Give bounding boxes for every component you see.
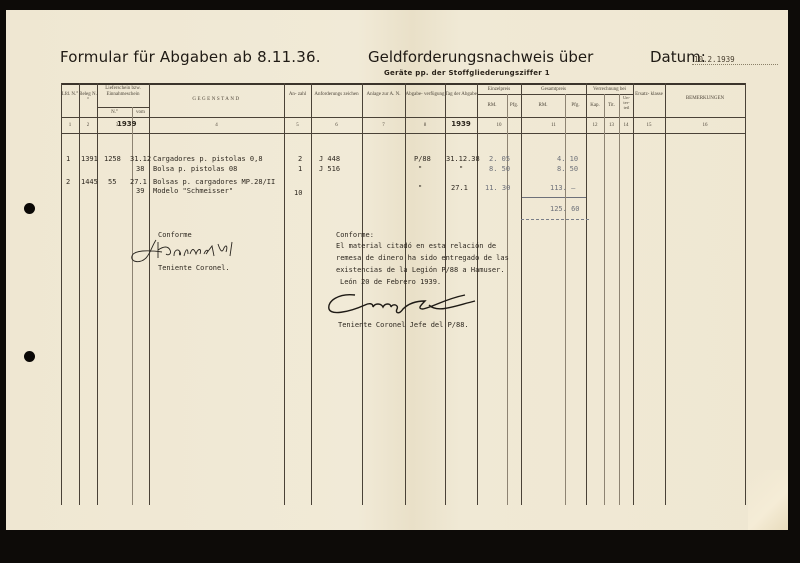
document-subtitle: Geräte pp. der Stoffgliederungsziffer 1 (384, 69, 550, 77)
total-amount: 125. 60 (550, 205, 580, 213)
colnum: 12 (586, 123, 604, 128)
header-lieferschein-vom: vom (132, 110, 149, 116)
header-kap: Kap. (586, 103, 604, 109)
header-anforderungszeichen: Anforderungs zeichen (311, 92, 362, 98)
col-line (284, 83, 285, 505)
row3-vom-year: 39 (136, 187, 144, 195)
header-bemerkungen: BEMERKUNGEN (665, 96, 745, 102)
row1-vom: 31.12 (130, 155, 151, 163)
col-line (604, 94, 605, 505)
colnum: 16 (665, 123, 745, 128)
right-place-date: León 20 de Febrero 1939. (340, 278, 441, 286)
col-line (149, 83, 150, 505)
row3-vom: 27.1 (130, 178, 147, 186)
col-line (521, 83, 522, 505)
row1-beleg: 1391 (81, 155, 98, 163)
column-number-line (61, 133, 746, 134)
colnum: 13 (604, 123, 619, 128)
row3-tag: 27.1 (451, 184, 468, 192)
colnum: 11 (521, 123, 586, 128)
colnum: 8 (405, 123, 445, 128)
row1-lfd: 1 (66, 155, 70, 163)
row1-anforderung: J 448 (319, 155, 340, 163)
row3-lieferschein-nr: 55 (108, 178, 116, 186)
header-lieferschein-nr: N.° (97, 110, 132, 116)
header-tag-der-abgabe: Tag der Abgabe (445, 92, 477, 98)
header-anzahl: An- zahl (284, 92, 311, 98)
colnum: 15 (633, 123, 665, 128)
row3-gesamtpreis: 113. — (550, 184, 575, 192)
header-einzelpreis: Einzelpreis (477, 87, 521, 93)
col-line (665, 83, 666, 505)
header-gegenstand: GEGENSTAND (149, 97, 284, 103)
row1-anzahl: 2 (298, 155, 302, 163)
row3-beleg: 1445 (81, 178, 98, 186)
row3-einzelpreis: 11. 30 (485, 184, 510, 192)
row1-tag: 31.12.38 (446, 155, 480, 163)
colnum: 1 (61, 123, 79, 128)
header-unterteil: Un- ter- teil (620, 96, 633, 111)
total-underline (521, 219, 589, 220)
col-line (633, 83, 634, 505)
header-lfd: Lfd. N.° (61, 92, 79, 98)
col-line (79, 83, 80, 505)
lieferschein-subheader-line-2 (97, 107, 132, 108)
colnum: 5 (284, 123, 311, 128)
paper-stain (748, 470, 788, 530)
row1-abgabe: P/88 (414, 155, 431, 163)
lieferschein-subheader-line (132, 107, 149, 108)
right-statement-line1: El material citadó en esta relación de (336, 242, 496, 250)
header-gesamtpreis: Gesamtpreis (521, 87, 586, 93)
colnum: 4 (149, 123, 284, 128)
col-line (97, 83, 98, 505)
colnum: 14 (619, 123, 633, 128)
right-statement-line3: existencias de la Legión P/88 a Hamuser. (336, 266, 505, 274)
punch-hole-top (24, 203, 35, 214)
header-einzel-pfg: Pfg. (507, 103, 521, 109)
col-line (745, 83, 746, 505)
header-gesamt-rm: RM. (521, 103, 565, 109)
colnum: 2 (79, 123, 97, 128)
row2-gegenstand: Bolsa p. pistolas 08 (153, 165, 237, 173)
col-line (132, 107, 133, 505)
row2-anzahl: 1 (298, 165, 302, 173)
right-rank: Teniente Coronel Jefe del P/88. (338, 321, 469, 329)
signature-left-icon (128, 236, 243, 266)
col-line (619, 94, 620, 505)
document-title: Geldforderungsnachweis über (368, 48, 593, 66)
date-value: 10.2.1939 (692, 55, 778, 65)
header-anlage: Anlage zur A. N. (362, 92, 405, 98)
colnum: 6 (311, 123, 362, 128)
row3-anzahl: 10 (294, 189, 302, 197)
signature-right-icon (325, 291, 485, 319)
row1-lieferschein-nr: 1258 (104, 155, 121, 163)
colnum: 10 (477, 123, 521, 128)
col-line (586, 83, 587, 505)
row2-abgabe: " (418, 165, 422, 173)
row2-tag: " (459, 165, 463, 173)
header-abgabeverfuegung: Abgabe- verfügung (405, 92, 445, 98)
colnum-year: 1939 (117, 120, 147, 128)
header-einzel-rm: RM. (477, 103, 507, 109)
row1-gegenstand: Cargadores p. pistolas 0,8 (153, 155, 263, 163)
sum-line (521, 197, 586, 198)
header-verrechnung: Verrechnung bei (586, 87, 633, 93)
row3-abgabe: " (418, 184, 422, 192)
row2-anforderung: J 516 (319, 165, 340, 173)
row1-einzelpreis: 2. 05 (489, 155, 510, 163)
right-statement-line2: remesa de dinero ha sido entregado de la… (336, 254, 509, 262)
colnum-year: 1939 (445, 120, 477, 128)
header-lieferschein: Lieferschein bzw. Einnahmeschein (97, 86, 149, 99)
row1-vom-year: 38 (136, 165, 144, 173)
punch-hole-bottom (24, 351, 35, 362)
right-conforme-label: Conforme: (336, 231, 374, 239)
colnum: 7 (362, 123, 405, 128)
header-ersatzklasse: Ersatz- klasse (633, 92, 665, 98)
header-beleg: Beleg N.° (79, 92, 97, 105)
col-line (311, 83, 312, 505)
price-subheader-line (477, 94, 633, 95)
header-bottom-line (61, 117, 746, 118)
col-line (61, 83, 62, 505)
header-gesamt-pfg: Pfg. (565, 103, 586, 109)
left-rank: Teniente Coronel. (158, 264, 230, 272)
header-tit: Tit. (604, 103, 619, 109)
row3-gegenstand-line2: Modelo "Schmeisser" (153, 187, 233, 195)
table-top-border (61, 83, 746, 85)
row1-gesamtpreis: 4. 10 (557, 155, 578, 163)
row2-gesamtpreis: 8. 50 (557, 165, 578, 173)
row3-lfd: 2 (66, 178, 70, 186)
row2-einzelpreis: 8. 50 (489, 165, 510, 173)
form-title: Formular für Abgaben ab 8.11.36. (60, 48, 321, 66)
row3-gegenstand: Bolsas p. cargadores MP.28/II (153, 178, 275, 186)
